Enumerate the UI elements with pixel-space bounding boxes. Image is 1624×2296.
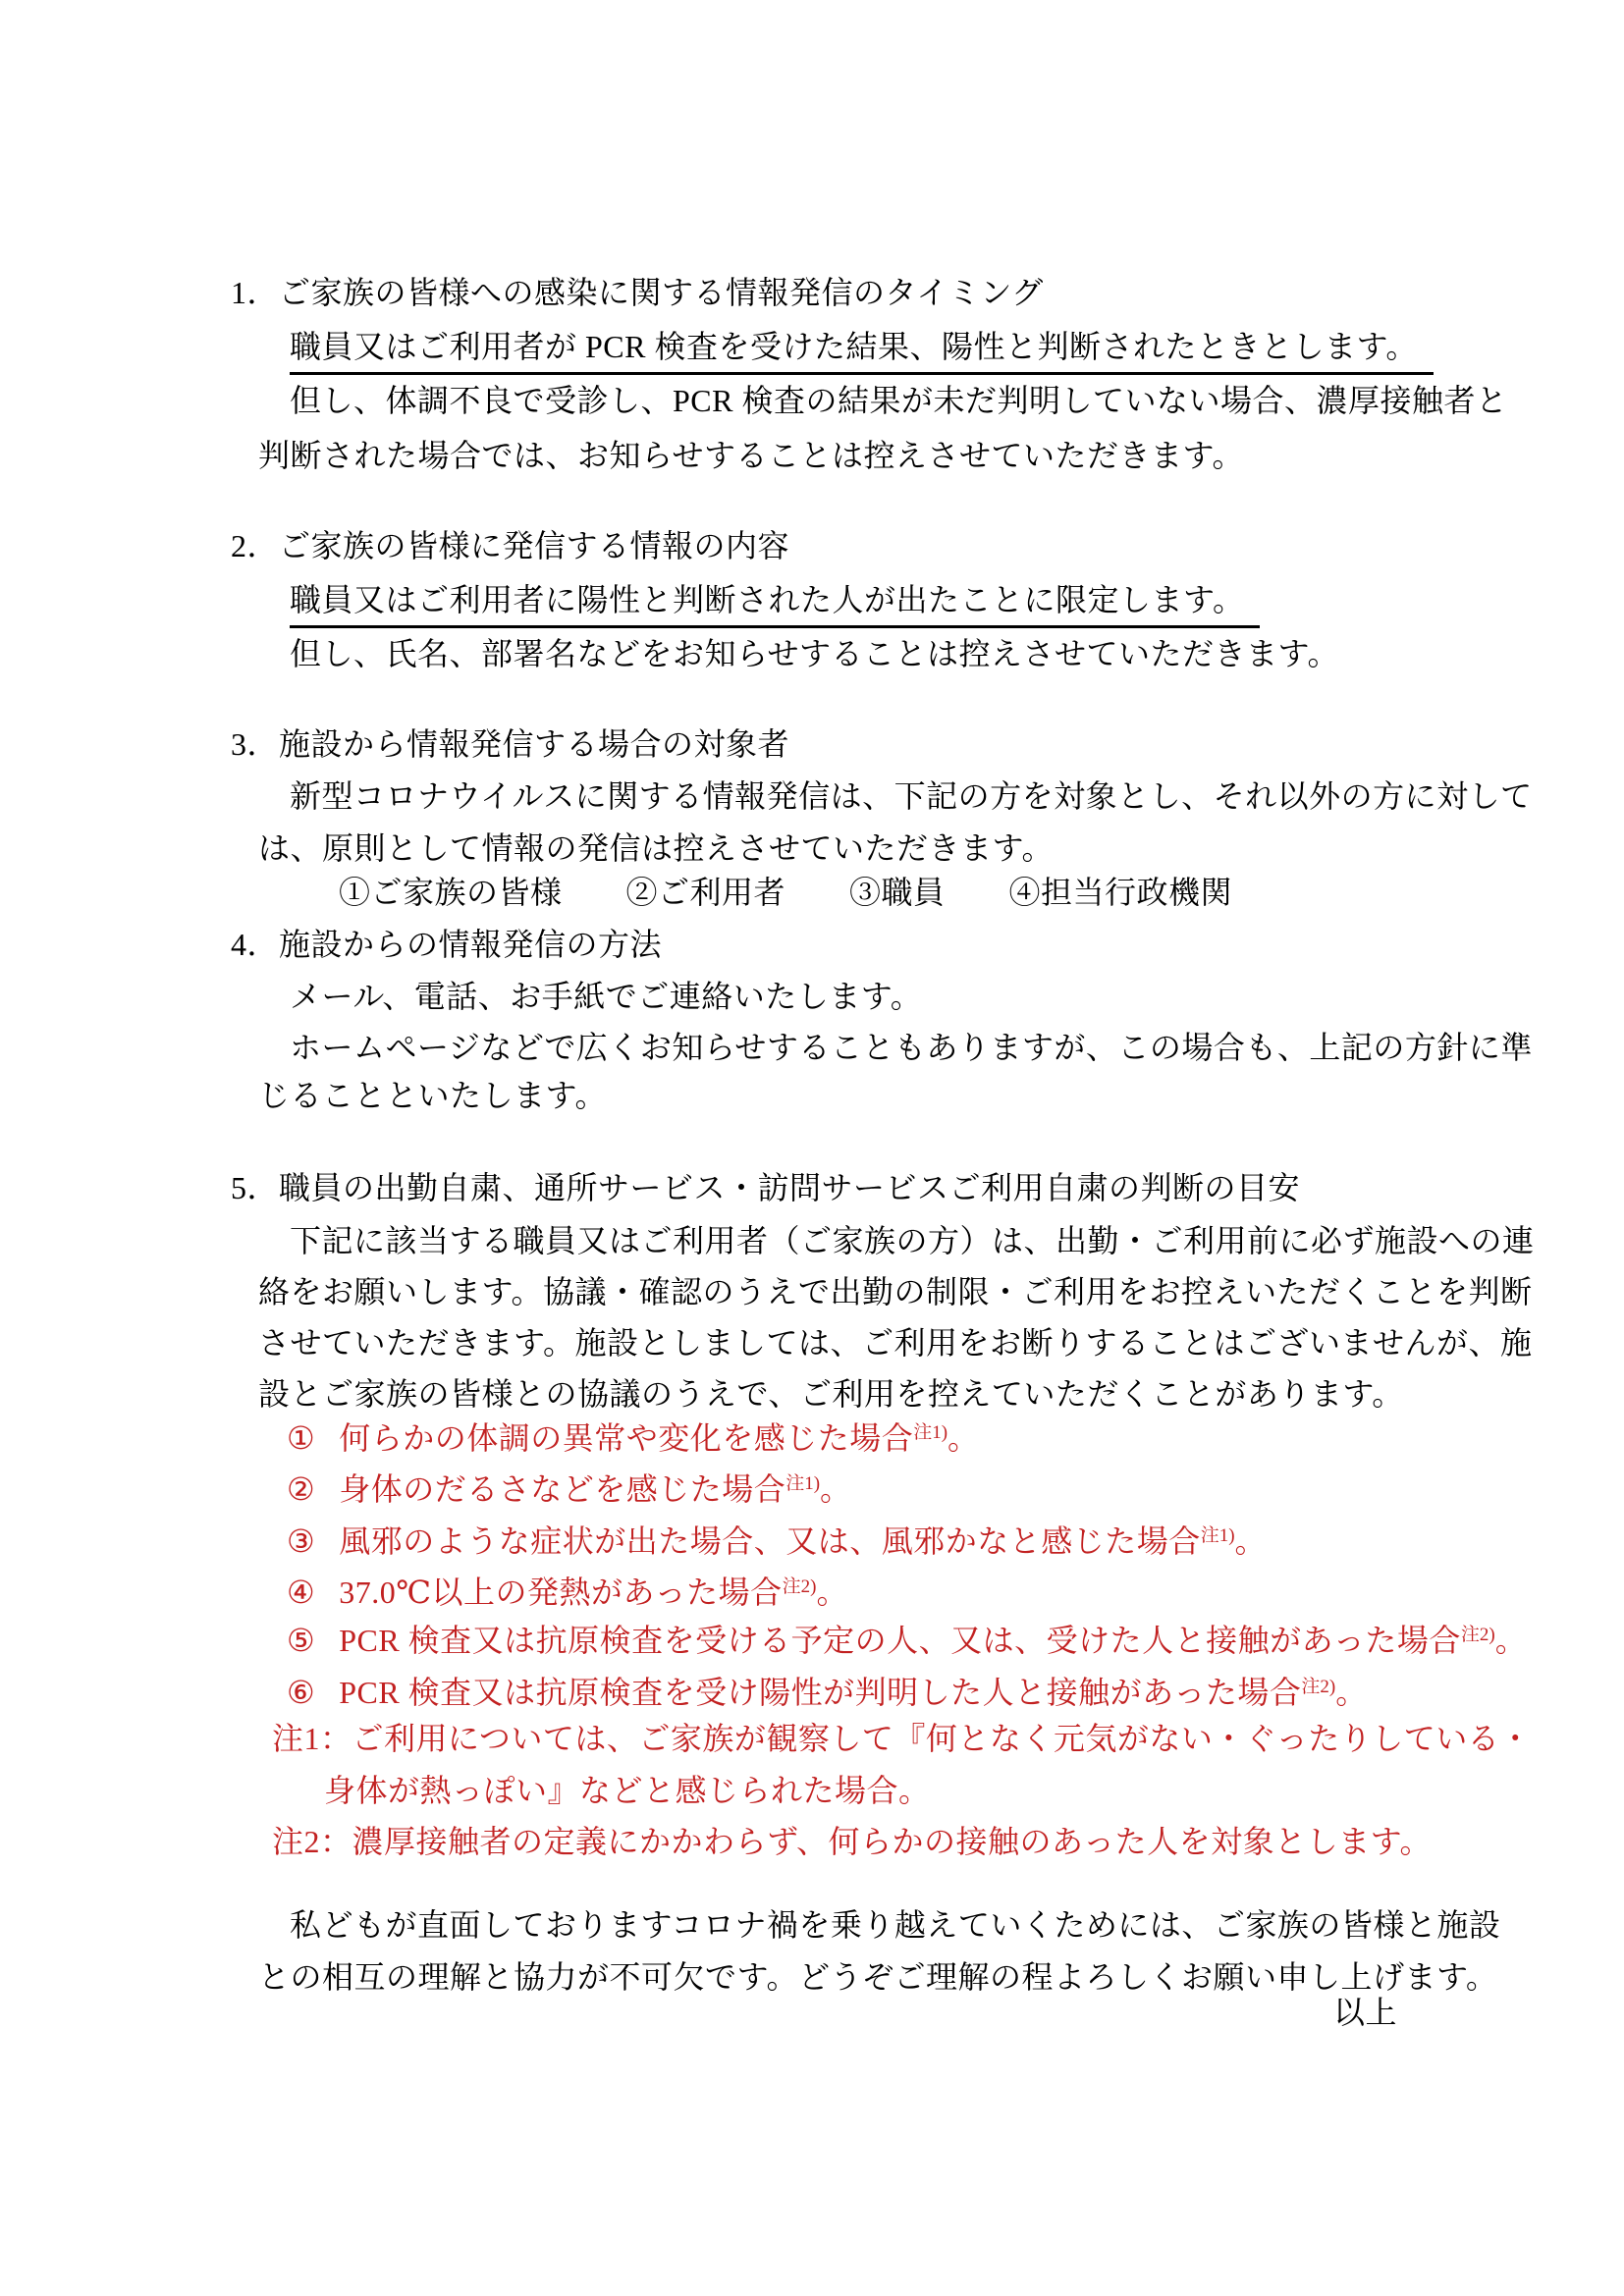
circled-number: ⑥ — [287, 1673, 315, 1712]
criteria-item-4: ④37.0℃以上の発熱があった場合注2)。 — [287, 1568, 848, 1612]
criteria-item-6: ⑥PCR 検査又は抗原検査を受け陽性が判明した人と接触があった場合注2)。 — [287, 1668, 1368, 1712]
closing-line-2: との相互の理解と協力が不可欠です。どうぞご理解の程よろしくお願い申し上げます。 — [258, 1957, 1497, 1997]
circled-number: ④ — [287, 1573, 315, 1612]
section-4-body-line-3: じることといたします。 — [258, 1076, 607, 1115]
note-reference: 注2) — [783, 1576, 817, 1597]
criteria-text: PCR 検査又は抗原検査を受ける予定の人、又は、受けた人と接触があった場合 — [339, 1623, 1461, 1658]
section-1-policy-line: 職員又はご利用者が PCR 検査を受けた結果、陽性と判断されたときとします。 — [290, 327, 1434, 375]
underlined-policy-text: 職員又はご利用者が PCR 検査を受けた結果、陽性と判断されたときとします。 — [290, 327, 1434, 375]
section-2-policy-line: 職員又はご利用者に陽性と判断された人が出たことに限定します。 — [290, 580, 1260, 628]
criteria-text: 37.0℃以上の発熱があった場合 — [339, 1575, 782, 1610]
criteria-item-5: ⑤PCR 検査又は抗原検査を受ける予定の人、又は、受けた人と接触があった場合注2… — [287, 1616, 1527, 1660]
note-reference: 注1) — [785, 1473, 820, 1494]
criteria-item-1: ①何らかの体調の異常や変化を感じた場合注1)。 — [287, 1414, 980, 1458]
section-5-body-line-4: 設とご家族の皆様との協議のうえで、ご利用を控えていただくことがあります。 — [258, 1374, 1404, 1414]
section-3-target-list: ①ご家族の皆様 ②ご利用者 ③職員 ④担当行政機関 — [339, 873, 1232, 912]
section-3-body-line-1: 新型コロナウイルスに関する情報発信は、下記の方を対象とし、それ以外の方に対して — [290, 776, 1533, 816]
period: 。 — [817, 1575, 849, 1610]
criteria-text: 身体のだるさなどを感じた場合 — [339, 1471, 785, 1507]
circled-number: ② — [287, 1469, 315, 1509]
period: 。 — [820, 1471, 852, 1507]
closing-sign: 以上 — [1333, 1993, 1397, 2032]
section-4-body-line-2: ホームページなどで広くお知らせすることもありますが、この場合も、上記の方針に準 — [290, 1028, 1533, 1067]
section-1-body-line-1: 但し、体調不良で受診し、PCR 検査の結果が未だ判明していない場合、濃厚接触者と — [290, 381, 1508, 420]
document-page: 1．ご家族の皆様への感染に関する情報発信のタイミング 職員又はご利用者が PCR… — [0, 0, 1624, 2296]
section-2-body-line-1: 但し、氏名、部署名などをお知らせすることは控えさせていただきます。 — [290, 634, 1339, 673]
section-1-heading: 1．ご家族の皆様への感染に関する情報発信のタイミング — [231, 273, 1044, 312]
circled-number: ③ — [287, 1522, 315, 1561]
note-reference: 注2) — [1301, 1677, 1335, 1697]
note-reference: 注1) — [913, 1422, 947, 1443]
footnote-1-line-1: 注1：ご利用については、ご家族が観察して『何となく元気がない・ぐったりしている・ — [272, 1719, 1532, 1758]
section-5-body-line-1: 下記に該当する職員又はご利用者（ご家族の方）は、出勤・ご利用前に必ず施設への連 — [290, 1221, 1535, 1260]
criteria-text: 何らかの体調の異常や変化を感じた場合 — [339, 1420, 913, 1456]
criteria-text: 風邪のような症状が出た場合、又は、風邪かなと感じた場合 — [339, 1523, 1201, 1559]
footnote-2: 注2：濃厚接触者の定義にかかわらず、何らかの接触のあった人を対象とします。 — [272, 1822, 1432, 1861]
criteria-text: PCR 検査又は抗原検査を受け陽性が判明した人と接触があった場合 — [339, 1675, 1301, 1710]
period: 。 — [947, 1420, 980, 1456]
section-4-body-line-1: メール、電話、お手紙でご連絡いたします。 — [290, 977, 922, 1016]
footnote-1-line-2: 身体が熱っぽい』などと感じられた場合。 — [324, 1771, 931, 1810]
section-4-heading: 4．施設からの情報発信の方法 — [231, 925, 662, 964]
circled-number: ① — [287, 1418, 315, 1458]
section-5-body-line-3: させていただきます。施設としましては、ご利用をお断りすることはございませんが、施 — [258, 1323, 1532, 1362]
section-2-heading: 2．ご家族の皆様に発信する情報の内容 — [231, 526, 789, 565]
criteria-item-2: ②身体のだるさなどを感じた場合注1)。 — [287, 1465, 852, 1509]
circled-number: ⑤ — [287, 1621, 315, 1660]
period: 。 — [1235, 1523, 1268, 1559]
section-3-body-line-2: は、原則として情報の発信は控えさせていただきます。 — [258, 828, 1054, 868]
section-5-body-line-2: 絡をお願いします。協議・確認のうえで出勤の制限・ご利用をお控えいただくことを判断 — [258, 1272, 1532, 1311]
underlined-policy-text: 職員又はご利用者に陽性と判断された人が出たことに限定します。 — [290, 580, 1260, 628]
period: 。 — [1335, 1675, 1368, 1710]
section-1-body-line-2: 判断された場合では、お知らせすることは控えさせていただきます。 — [258, 436, 1244, 475]
note-reference: 注2) — [1461, 1625, 1495, 1645]
closing-line-1: 私どもが直面しておりますコロナ禍を乗り越えていくためには、ご家族の皆様と施設 — [290, 1905, 1500, 1945]
note-reference: 注1) — [1201, 1525, 1235, 1546]
period: 。 — [1495, 1623, 1528, 1658]
criteria-item-3: ③風邪のような症状が出た場合、又は、風邪かなと感じた場合注1)。 — [287, 1517, 1267, 1561]
section-3-heading: 3．施設から情報発信する場合の対象者 — [231, 724, 789, 764]
section-5-heading: 5．職員の出勤自粛、通所サービス・訪問サービスご利用自粛の判断の目安 — [231, 1168, 1300, 1207]
